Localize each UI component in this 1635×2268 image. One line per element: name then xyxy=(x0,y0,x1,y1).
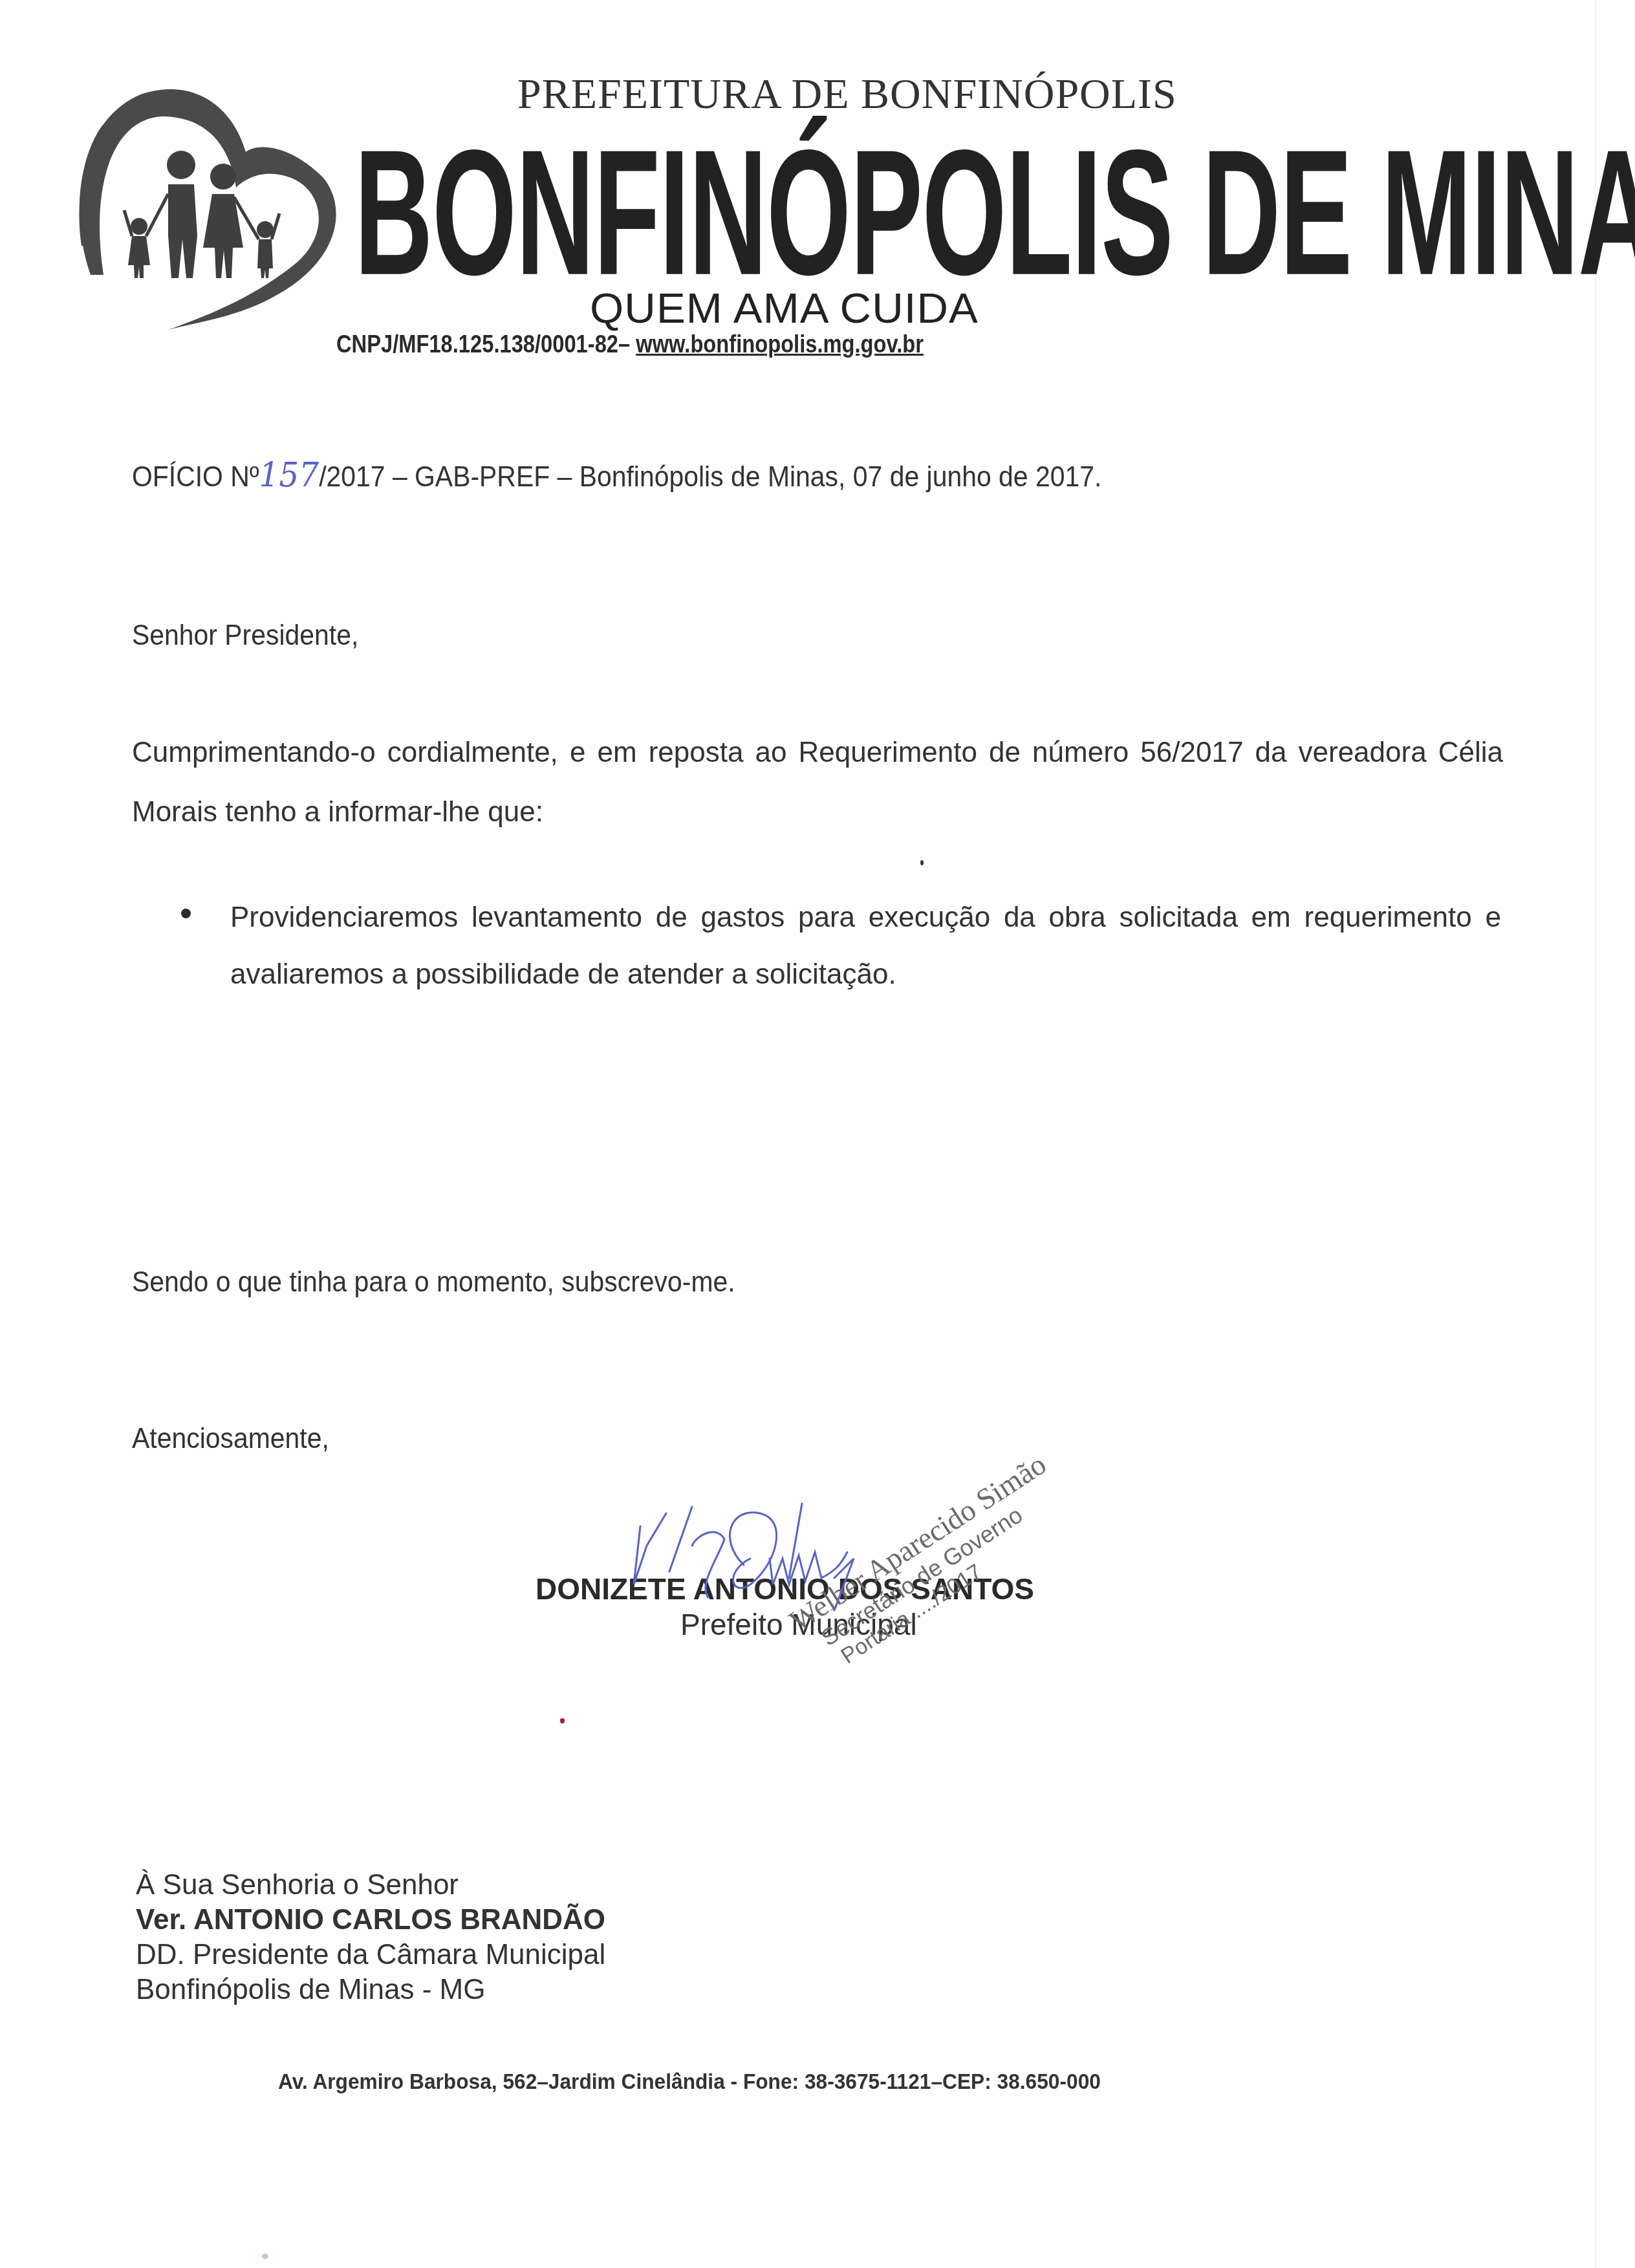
recipient-line-4: Bonfinópolis de Minas - MG xyxy=(136,1972,605,2007)
recipient-name: Ver. ANTONIO CARLOS BRANDÃO xyxy=(136,1903,605,1938)
closing-line: Sendo o que tinha para o momento, subscr… xyxy=(132,1266,735,1299)
recipient-line-3: DD. Presidente da Câmara Municipal xyxy=(136,1938,605,1972)
red-ink-dot xyxy=(560,1718,565,1723)
cnpj-line: CNPJ/MF18.125.138/0001-82– www.bonfinopo… xyxy=(336,331,924,359)
oficio-line: OFÍCIO Nº157/2017 – GAB-PREF – Bonfinópo… xyxy=(132,456,1101,495)
recipient-block: À Sua Senhoria o Senhor Ver. ANTONIO CAR… xyxy=(136,1868,605,2007)
scan-edge xyxy=(1595,0,1596,2268)
ink-speck xyxy=(920,860,924,865)
website-link[interactable]: www.bonfinopolis.mg.gov.br xyxy=(636,331,924,358)
handwritten-signature-icon xyxy=(621,1487,983,1617)
footer-address: Av. Argemiro Barbosa, 562–Jardim Cinelân… xyxy=(278,2069,1101,2094)
family-heart-logo-icon xyxy=(65,81,349,340)
cnpj-text: CNPJ/MF18.125.138/0001-82– xyxy=(336,331,630,358)
scan-mark xyxy=(262,2254,268,2259)
salutation: Senhor Presidente, xyxy=(132,620,358,652)
city-title: BONFINÓPOLIS DE MINAS xyxy=(354,123,1635,301)
recipient-line-1: À Sua Senhoria o Senhor xyxy=(136,1868,605,1903)
slogan: QUEM AMA CUIDA xyxy=(590,285,979,332)
bullet-item: Providenciaremos levantamento de gastos … xyxy=(230,889,1501,1003)
oficio-suffix: /2017 – GAB-PREF – Bonfinópolis de Minas… xyxy=(319,461,1101,493)
oficio-number-handwritten: 157 xyxy=(259,456,319,495)
oficio-prefix: OFÍCIO Nº xyxy=(132,461,259,493)
document-page: PREFEITURA DE BONFINÓPOLIS BONFINÓPOLIS … xyxy=(0,0,1635,2268)
bullet-icon xyxy=(181,909,191,918)
body-paragraph: Cumprimentando-o cordialmente, e em repo… xyxy=(132,723,1503,842)
regards-line: Atenciosamente, xyxy=(132,1423,329,1455)
